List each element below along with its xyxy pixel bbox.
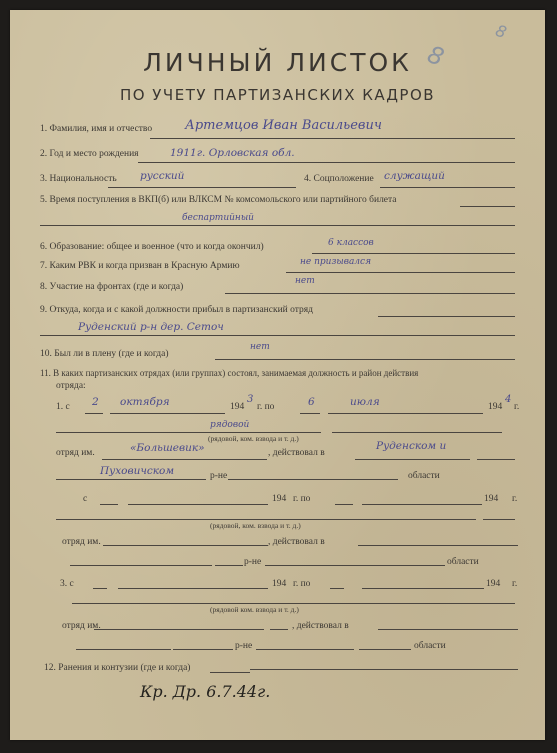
field-line — [118, 588, 268, 589]
field-4-value: служащий — [384, 170, 445, 182]
unit-2-rne-label: р-не — [244, 557, 261, 567]
unit-1-to-day: 6 — [308, 396, 315, 408]
document-page: ЛИЧНЫЙ ЛИСТОК ПО УЧЕТУ ПАРТИЗАНСКИХ КАДР… — [10, 10, 545, 740]
unit-1-district-value: Пуховичском — [100, 465, 174, 477]
unit-2-position-hint: (рядовой, ком. взвода и т. д.) — [210, 521, 301, 530]
field-line — [286, 272, 515, 273]
field-8-value: нет — [295, 276, 315, 286]
field-line — [215, 565, 243, 566]
field-3-label: 3. Национальность — [40, 174, 117, 184]
field-12-label: 12. Ранения и контузии (где и когда) — [44, 663, 190, 673]
field-line — [328, 413, 483, 414]
field-1-value: Артемцов Иван Васильевич — [185, 118, 382, 133]
footer-handwritten-note: Кр. Др. 6.7.44г. — [140, 682, 270, 701]
unit-3-to-year: 194 — [486, 579, 500, 589]
unit-1-otryad-label: отряд им. — [56, 448, 95, 458]
field-line — [94, 629, 264, 630]
field-line — [460, 206, 515, 207]
unit-1-from-year-suffix: 3 — [247, 394, 253, 405]
field-line — [300, 413, 320, 414]
field-11-label-cont: отряда: — [56, 381, 86, 391]
unit-3-rne-label: р-не — [235, 641, 252, 651]
field-line — [312, 253, 515, 254]
field-line — [256, 649, 354, 650]
field-line — [380, 187, 515, 188]
unit-1-to-label: г. по — [257, 402, 274, 412]
field-line — [378, 629, 518, 630]
unit-2-from-year: 194 — [272, 494, 286, 504]
field-line — [270, 629, 288, 630]
field-line — [483, 519, 515, 520]
field-8-label: 8. Участие на фронтах (где и когда) — [40, 282, 183, 292]
unit-2-from-label: с — [83, 494, 87, 504]
field-line — [56, 519, 476, 520]
pencil-mark: 8 — [493, 21, 509, 42]
field-line — [173, 649, 233, 650]
unit-1-to-year: 194 — [488, 402, 502, 412]
field-line — [332, 432, 502, 433]
field-7-value: не призывался — [300, 257, 371, 267]
field-7-label: 7. Каким РВК и когда призван в Красную А… — [40, 261, 240, 271]
field-line — [228, 479, 398, 480]
field-9-label: 9. Откуда, когда и с какой должности при… — [40, 305, 313, 315]
field-line — [72, 603, 515, 604]
field-11-label: 11. В каких партизанских отрядах (или гр… — [40, 368, 418, 378]
unit-2-oblast-label: области — [447, 557, 479, 567]
field-line — [150, 138, 515, 139]
unit-3-year-g: г. — [512, 579, 517, 589]
unit-3-to-label: г. по — [293, 579, 310, 589]
field-line — [362, 588, 484, 589]
field-line — [100, 504, 118, 505]
field-line — [225, 293, 515, 294]
field-line — [102, 459, 267, 460]
unit-3-acted-label: , действовал в — [292, 621, 349, 631]
field-6-value: 6 классов — [328, 238, 374, 248]
unit-3-oblast-label: области — [414, 641, 446, 651]
field-line — [378, 316, 515, 317]
unit-1-acted-label: , действовал в — [268, 448, 325, 458]
unit-1-rne-label: р-не — [210, 471, 227, 481]
field-line — [40, 335, 515, 336]
field-line — [56, 479, 206, 480]
field-3-value: русский — [140, 170, 184, 182]
unit-1-position-hint: (рядовой, ком. взвода и т. д.) — [208, 434, 299, 443]
unit-1-to-year-suffix: 4 — [505, 394, 511, 405]
field-line — [56, 432, 321, 433]
field-line — [477, 459, 515, 460]
field-5-label: 5. Время поступления в ВКП(б) или ВЛКСМ … — [40, 195, 397, 205]
field-line — [335, 504, 353, 505]
field-5-value: беспартийный — [182, 213, 254, 223]
field-6-label: 6. Образование: общее и военное (что и к… — [40, 242, 264, 252]
field-line — [362, 504, 482, 505]
document-title: ЛИЧНЫЙ ЛИСТОК — [10, 48, 545, 77]
field-line — [359, 649, 411, 650]
field-line — [358, 545, 518, 546]
unit-1-acted-value: Руденском и — [376, 440, 446, 452]
unit-1-from-label: 1. с — [56, 402, 70, 412]
unit-1-otryad-value: «Большевик» — [130, 442, 205, 454]
unit-2-otryad-label: отряд им. — [62, 537, 101, 547]
unit-1-from-month: октября — [120, 396, 170, 408]
unit-3-position-hint: (рядовой ком. взвода и т. д.) — [210, 605, 299, 614]
field-10-value: нет — [250, 342, 270, 352]
unit-2-to-label: г. по — [293, 494, 310, 504]
field-2-label: 2. Год и место рождения — [40, 149, 139, 159]
field-line — [330, 588, 344, 589]
unit-3-from-label: 3. с — [60, 579, 74, 589]
field-line — [355, 459, 470, 460]
field-10-label: 10. Был ли в плену (где и когда) — [40, 349, 169, 359]
unit-1-position: рядовой — [210, 420, 249, 430]
field-line — [128, 504, 268, 505]
field-line — [93, 588, 107, 589]
unit-2-to-year: 194 — [484, 494, 498, 504]
field-line — [210, 672, 250, 673]
field-9-value: Руденский р-н дер. Сеточ — [78, 321, 224, 333]
unit-3-from-year: 194 — [272, 579, 286, 589]
field-line — [70, 565, 212, 566]
field-line — [265, 565, 445, 566]
unit-1-to-month: июля — [350, 396, 380, 408]
field-4-label: 4. Соцположение — [304, 174, 374, 184]
field-line — [76, 649, 171, 650]
field-2-value: 1911г. Орловская обл. — [170, 147, 295, 159]
field-line — [215, 359, 515, 360]
field-1-label: 1. Фамилия, имя и отчество — [40, 124, 152, 134]
field-line — [138, 162, 515, 163]
unit-1-from-day: 2 — [92, 396, 99, 408]
document-subtitle: ПО УЧЕТУ ПАРТИЗАНСКИХ КАДРОВ — [10, 86, 545, 104]
field-line — [103, 545, 268, 546]
field-line — [85, 413, 103, 414]
field-line — [108, 187, 296, 188]
field-line — [40, 225, 515, 226]
field-line — [110, 413, 225, 414]
unit-1-from-year: 194 — [230, 402, 244, 412]
field-line — [250, 669, 518, 670]
unit-1-year-g: г. — [514, 402, 519, 412]
unit-2-year-g: г. — [512, 494, 517, 504]
unit-1-oblast-label: области — [408, 471, 440, 481]
unit-2-acted-label: , действовал в — [268, 537, 325, 547]
